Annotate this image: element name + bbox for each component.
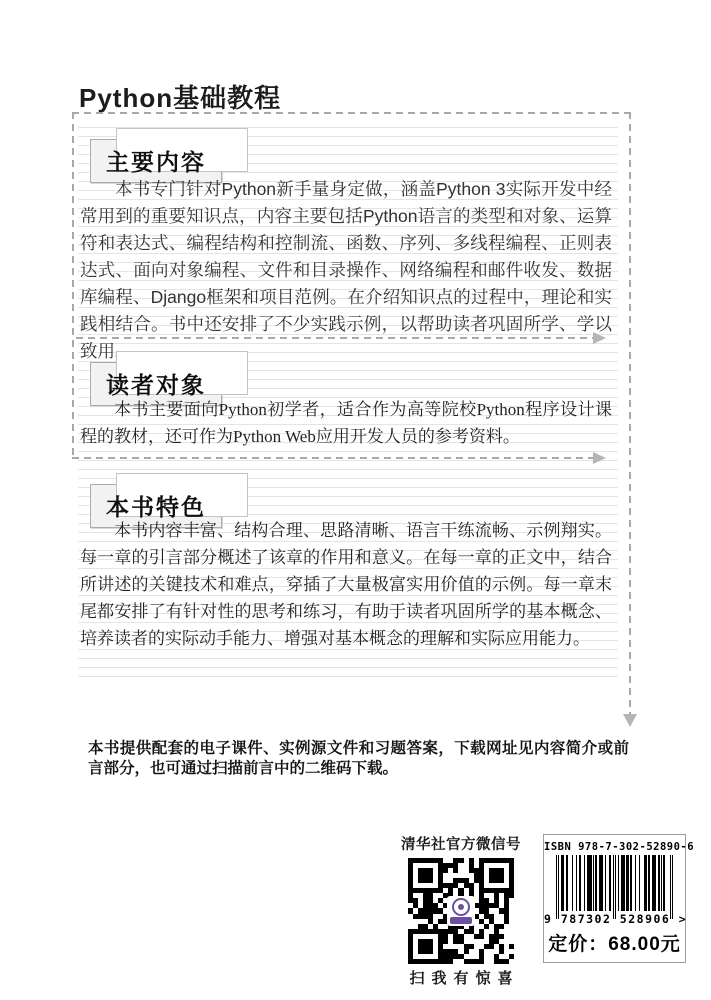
down-arrow-icon [623, 714, 637, 727]
dashed-border-top [72, 112, 631, 114]
wechat-block: 清华社官方微信号 扫我有惊喜 [400, 833, 522, 988]
press-logo-ribbon [450, 917, 472, 924]
ean13-barcode [555, 855, 674, 919]
section-body-features: 本书内容丰富、结构合理、思路清晰、语言干练流畅、示例翔实。每一章的引言部分概述了… [80, 517, 612, 652]
right-arrow-icon-2 [593, 452, 606, 464]
price-label: 定价：68.00元 [544, 929, 685, 956]
section-body-main-content: 本书专门针对Python新手量身定做，涵盖Python 3实际开发中经常用到的重… [80, 176, 612, 365]
tsinghua-press-logo [447, 896, 475, 926]
barcode-digits: 9 787302 528906 > [544, 912, 685, 926]
dashed-border-left [72, 112, 74, 459]
press-logo-circle-icon [452, 898, 470, 916]
wechat-qr-code [408, 858, 514, 964]
isbn-text: ISBN 978-7-302-52890-6 [544, 841, 685, 853]
wechat-caption-bottom: 扫我有惊喜 [407, 967, 522, 988]
dashed-divider-2 [72, 457, 594, 459]
section-body-readers: 本书主要面向Python初学者，适合作为高等院校Python程序设计课程的教材，… [80, 396, 612, 450]
wechat-caption-top: 清华社官方微信号 [400, 833, 522, 854]
isbn-barcode-box: ISBN 978-7-302-52890-6 9 787302 528906 >… [543, 834, 686, 963]
companion-resources-note: 本书提供配套的电子课件、实例源文件和习题答案，下载网址见内容简介或前言部分，也可… [88, 739, 629, 778]
page-title: Python基础教程 [79, 78, 281, 115]
dashed-border-right [629, 112, 631, 714]
barcode-bar [672, 855, 673, 919]
qr-module [509, 959, 514, 964]
